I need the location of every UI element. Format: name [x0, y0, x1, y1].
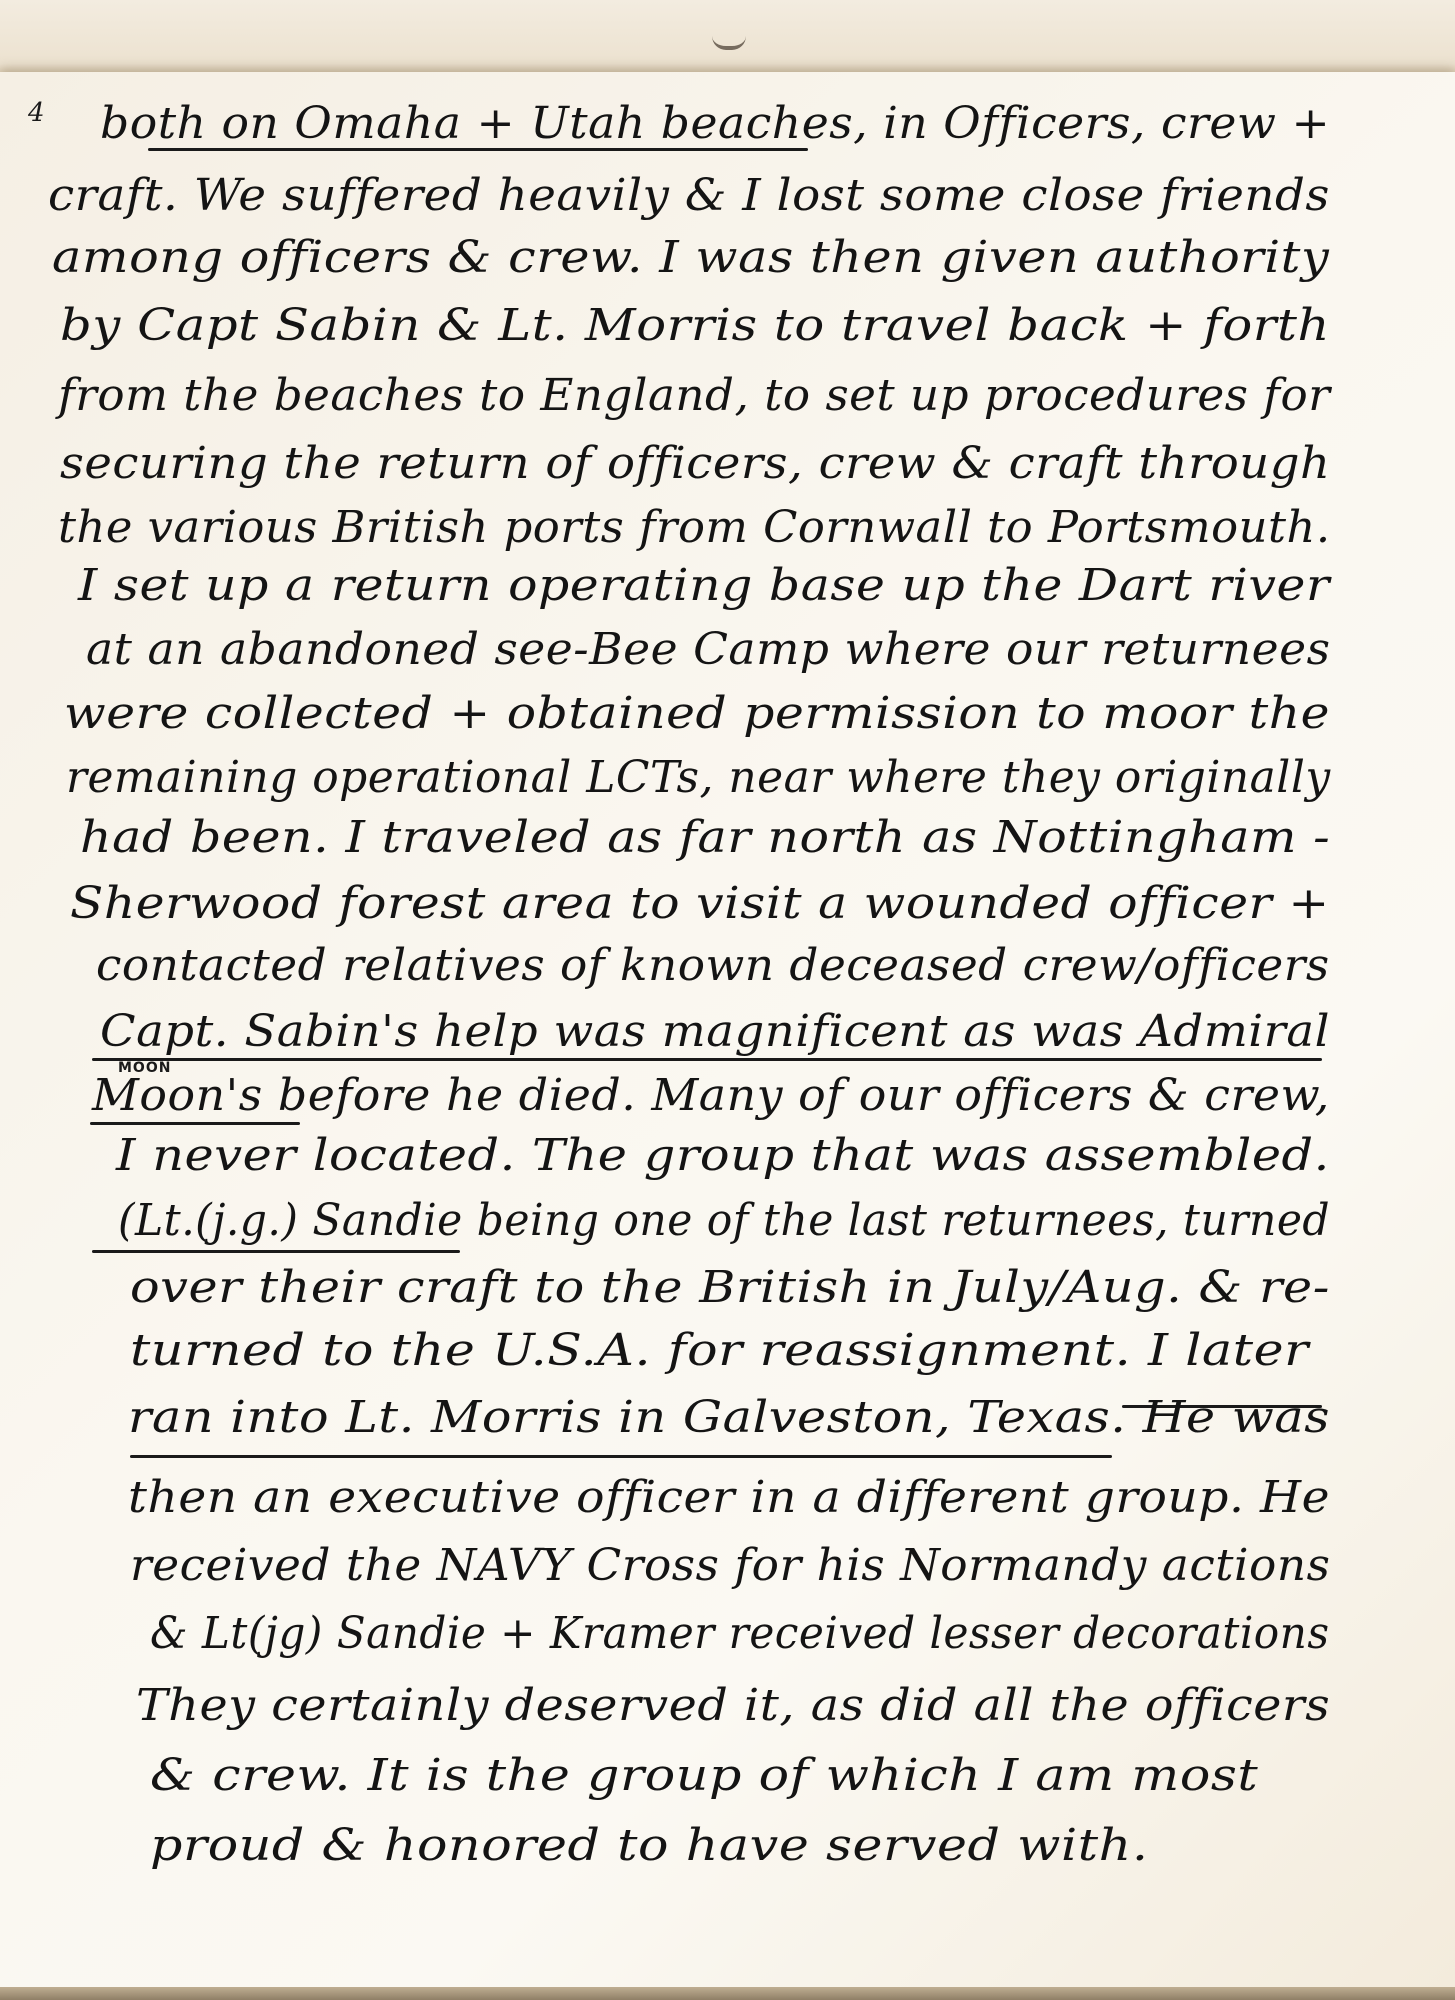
letter-line: I never located. The group that was asse… [116, 1130, 1330, 1181]
letter-line: craft. We suffered heavily & I lost some… [48, 170, 1330, 221]
letter-line: from the beaches to England, to set up p… [58, 370, 1330, 421]
letter-line: They certainly deserved it, as did all t… [136, 1680, 1330, 1731]
letter-line: had been. I traveled as far north as Not… [80, 812, 1330, 863]
letter-line: Capt. Sabin's help was magnificent as wa… [100, 1006, 1330, 1057]
page-number: 4 [28, 98, 45, 128]
letter-line: securing the return of officers, crew & … [60, 438, 1331, 489]
page-bottom-edge [0, 1987, 1455, 2000]
underline [148, 148, 808, 151]
letter-line: received the NAVY Cross for his Normandy… [130, 1540, 1330, 1591]
letter-line: Moon's before he died. Many of our offic… [92, 1070, 1330, 1121]
letter-line: (Lt.(j.g.) Sandie being one of the last … [118, 1195, 1330, 1246]
letter-line: among officers & crew. I was then given … [52, 232, 1329, 283]
underline [92, 1058, 1322, 1061]
letter-line: & Lt(jg) Sandie + Kramer received lesser… [150, 1608, 1329, 1659]
letter-line: remaining operational LCTs, near where t… [66, 752, 1331, 803]
letter-line: turned to the U.S.A. for reassignment. I… [130, 1325, 1309, 1376]
letter-line: were collected + obtained permission to … [64, 688, 1330, 739]
letter-line: then an executive officer in a different… [128, 1472, 1330, 1523]
letter-line: both on Omaha + Utah beaches, in Officer… [100, 98, 1330, 149]
letter-line: I set up a return operating base up the … [78, 560, 1330, 611]
letter-line: the various British ports from Cornwall … [58, 502, 1331, 553]
letter-line: ran into Lt. Morris in Galveston, Texas.… [128, 1392, 1330, 1443]
letter-line: over their craft to the British in July/… [130, 1262, 1330, 1313]
letter-line: by Capt Sabin & Lt. Morris to travel bac… [60, 300, 1330, 351]
letter-line: at an abandoned see-Bee Camp where our r… [86, 624, 1330, 675]
underline [130, 1455, 1112, 1458]
letter-line: contacted relatives of known deceased cr… [96, 940, 1330, 991]
underline [90, 1122, 300, 1125]
underline [92, 1250, 460, 1253]
letter-line: proud & honored to have served with. [150, 1820, 1149, 1871]
letter-line: & crew. It is the group of which I am mo… [150, 1750, 1258, 1801]
letter-line: Sherwood forest area to visit a wounded … [70, 878, 1330, 929]
